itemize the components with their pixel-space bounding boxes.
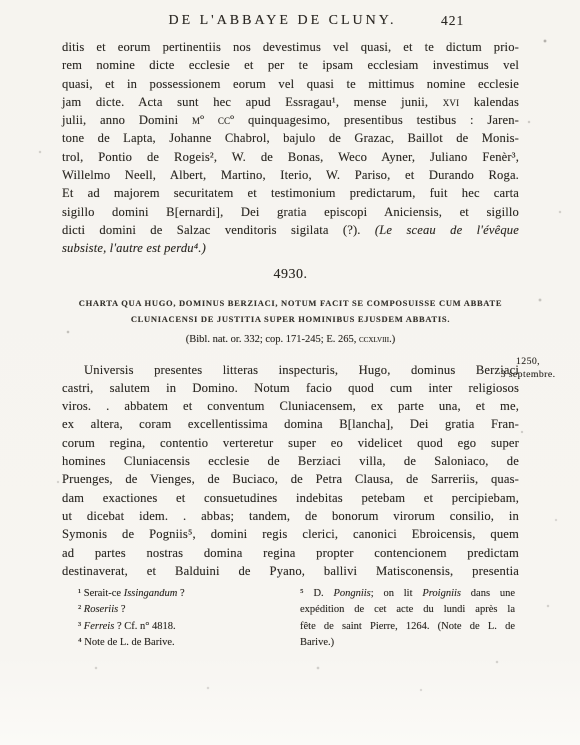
- paragraph-previous-charter: ditis et eorum pertinentiis nos devestim…: [62, 38, 519, 258]
- text-line: ex altera, coram excellentissima domina …: [62, 415, 519, 433]
- text-line: dam exactiones et consuetudines indebita…: [62, 489, 519, 507]
- text-line: trol, Pontio de Rogeis², W. de Bonas, We…: [62, 148, 519, 166]
- footnotes-right-column: ⁵ D. Pongniis; on lit Proigniis dans une…: [300, 586, 515, 652]
- charter-number: 4930.: [62, 267, 519, 285]
- margin-date-note: 1250, 3 septembre.: [490, 355, 566, 381]
- text-line: quasi, et in possessionem eorum vel quas…: [62, 75, 519, 93]
- margin-date-year: 1250,: [490, 355, 566, 368]
- text-line: dicti domini de Salzac venditoris sigila…: [62, 221, 519, 239]
- text-line: sigillo domini B[ernardi], Dei gratia ep…: [62, 203, 519, 221]
- text-line: castri, salutem in Domino. Notum facio q…: [62, 379, 519, 397]
- text-line: subsiste, l'autre est perdu⁴.): [62, 239, 519, 257]
- text-line: destinaverat, et Balduini de Pyano, ball…: [62, 562, 519, 580]
- footnotes-left-column: ¹ Serait-ce Issingandum ?² Roseriis ?³ F…: [78, 586, 278, 652]
- text-line: expédition de cet acte du lundi après la: [300, 602, 515, 618]
- text-line: jam dicte. Acta sunt hec apud Essragau¹,…: [62, 93, 519, 111]
- text-line: corum regina, contentio verteretur super…: [62, 434, 519, 452]
- text-line: Et ad majorem securitatem et testimonium…: [62, 184, 519, 202]
- text-line: ⁴ Note de L. de Barive.: [78, 635, 278, 651]
- text-line: homines Cluniacensis ecclesie de Berziac…: [62, 452, 519, 470]
- text-line: viros. . abbatem et conventum Cluniacens…: [62, 397, 519, 415]
- text-line: rem nomine dicte ecclesie et per te ipsa…: [62, 56, 519, 74]
- margin-date-day: 3 septembre.: [490, 368, 566, 381]
- charter-source-reference: (Bibl. nat. or. 332; cop. 171-245; E. 26…: [62, 333, 519, 347]
- paragraph-charter-text: Universis presentes litteras inspecturis…: [62, 361, 519, 581]
- text-line: ³ Ferreis ? Cf. n° 4818.: [78, 619, 278, 635]
- text-line: CLUNIACENSI DE JUSTITIA SUPER HOMINIBUS …: [62, 311, 519, 328]
- text-line: ⁵ D. Pongniis; on lit Proigniis dans une: [300, 586, 515, 602]
- text-line: Universis presentes litteras inspecturis…: [62, 361, 519, 379]
- text-line: Willelmo Neell, Albert, Martino, Iterio,…: [62, 166, 519, 184]
- text-line: ditis et eorum pertinentiis nos devestim…: [62, 38, 519, 56]
- text-line: ut dicebat idem. . abbas; tandem, de bon…: [62, 507, 519, 525]
- text-line: (Bibl. nat. or. 332; cop. 171-245; E. 26…: [62, 333, 519, 347]
- charter-heading: CHARTA QUA HUGO, DOMINUS BERZIACI, NOTUM…: [62, 295, 519, 328]
- text-line: fête de saint Pierre, 1264. (Note de L. …: [300, 619, 515, 635]
- text-line: ² Roseriis ?: [78, 602, 278, 618]
- footnotes: ¹ Serait-ce Issingandum ?² Roseriis ?³ F…: [78, 586, 515, 652]
- page-number: 421: [441, 13, 464, 29]
- text-line: ad partes nostras domina regina propter …: [62, 544, 519, 562]
- main-text-column: ditis et eorum pertinentiis nos devestim…: [62, 38, 519, 580]
- text-line: ¹ Serait-ce Issingandum ?: [78, 586, 278, 602]
- text-line: Pruenges, de Vienges, de Buciaco, de Pet…: [62, 470, 519, 488]
- text-line: Barive.): [300, 635, 515, 651]
- text-line: CHARTA QUA HUGO, DOMINUS BERZIACI, NOTUM…: [62, 295, 519, 312]
- text-line: Symonis de Pogniis⁵, domini regis cleric…: [62, 525, 519, 543]
- text-line: julii, anno Domini mº ccº quinquagesimo,…: [62, 111, 519, 129]
- text-line: tone de Lapta, Johanne Chabrol, bajulo d…: [62, 129, 519, 147]
- scanned-book-page: DE L'ABBAYE DE CLUNY. 421 ditis et eorum…: [0, 0, 580, 745]
